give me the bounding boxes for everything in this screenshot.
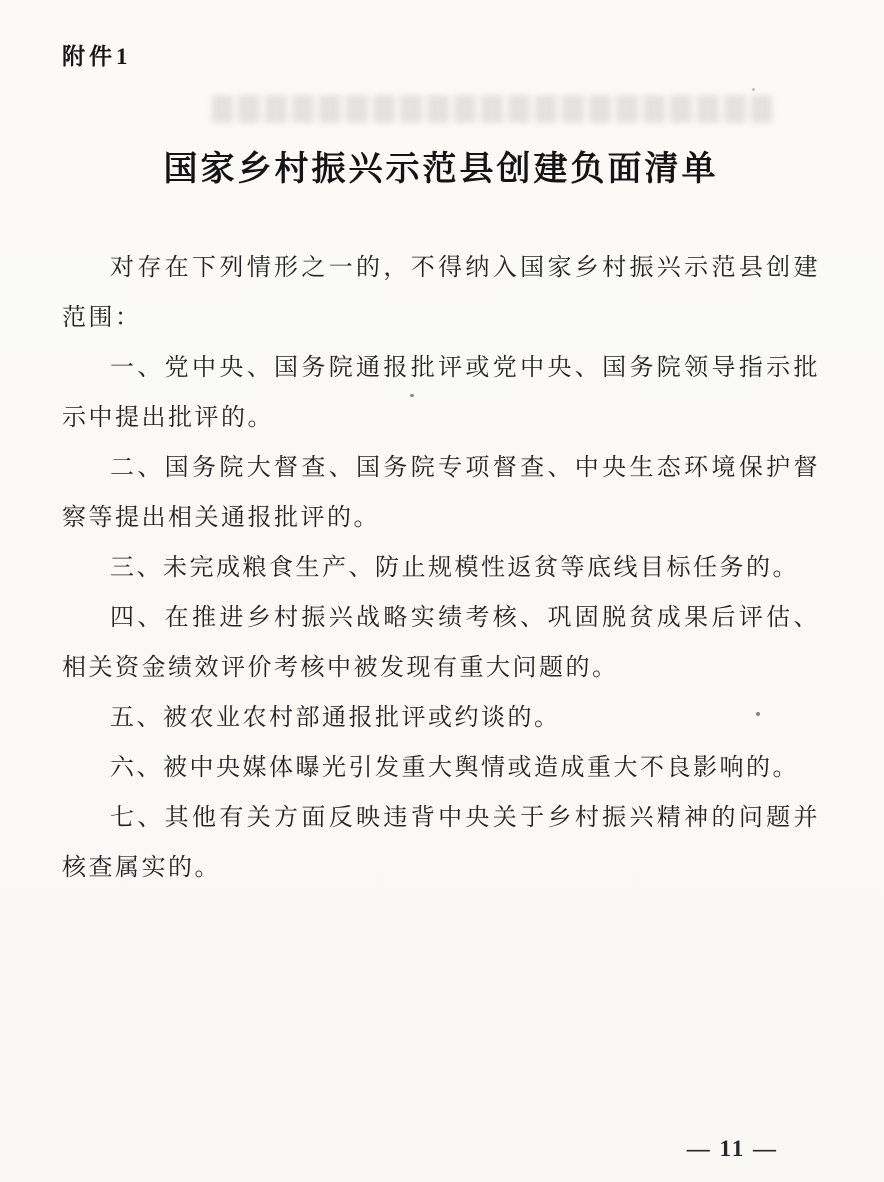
list-item-6: 六、被中央媒体曝光引发重大舆情或造成重大不良影响的。 bbox=[62, 743, 820, 793]
scanned-document-page: 附件1 国家乡村振兴示范县创建负面清单 对存在下列情形之一的，不得纳入国家乡村振… bbox=[0, 0, 884, 1182]
intro-paragraph: 对存在下列情形之一的，不得纳入国家乡村振兴示范县创建范围： bbox=[62, 243, 820, 343]
page-number: — 11 — bbox=[687, 1136, 778, 1162]
document-content: 附件1 国家乡村振兴示范县创建负面清单 对存在下列情形之一的，不得纳入国家乡村振… bbox=[0, 0, 884, 893]
document-title: 国家乡村振兴示范县创建负面清单 bbox=[62, 149, 820, 191]
list-item-4: 四、在推进乡村振兴战略实绩考核、巩固脱贫成果后评估、相关资金绩效评价考核中被发现… bbox=[62, 593, 820, 693]
list-item-7: 七、其他有关方面反映违背中央关于乡村振兴精神的问题并核查属实的。 bbox=[62, 793, 820, 893]
list-item-1: 一、党中央、国务院通报批评或党中央、国务院领导指示批示中提出批评的。 bbox=[62, 343, 820, 443]
list-item-2: 二、国务院大督查、国务院专项督查、中央生态环境保护督察等提出相关通报批评的。 bbox=[62, 443, 820, 543]
list-item-5: 五、被农业农村部通报批评或约谈的。 bbox=[62, 693, 820, 743]
document-body: 对存在下列情形之一的，不得纳入国家乡村振兴示范县创建范围： 一、党中央、国务院通… bbox=[62, 243, 820, 893]
list-item-3: 三、未完成粮食生产、防止规模性返贫等底线目标任务的。 bbox=[62, 543, 820, 593]
attachment-label: 附件1 bbox=[62, 38, 820, 71]
